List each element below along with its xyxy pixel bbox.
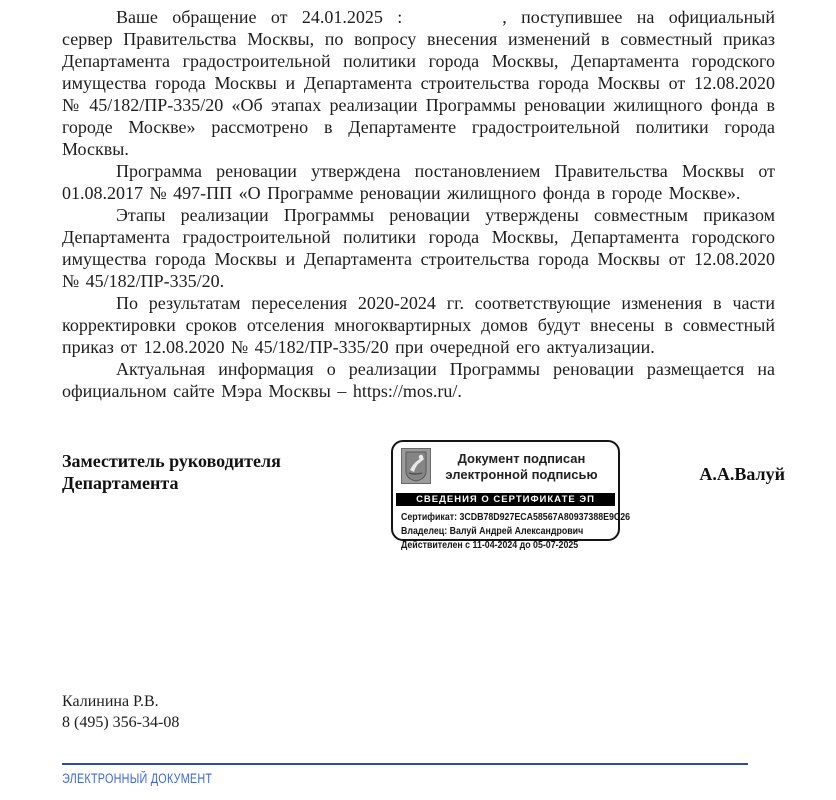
signer-position-line2: Департамента	[62, 472, 281, 494]
electronic-signature-stamp: Документ подписан электронной подписью С…	[391, 440, 620, 541]
redacted-number-gap	[402, 22, 502, 23]
signer-name: А.А.Валуй	[699, 464, 785, 485]
paragraph-4: По результатам переселения 2020-2024 гг.…	[62, 292, 775, 358]
executor-contact: Калинина Р.В. 8 (495) 356-34-08	[62, 691, 179, 733]
paragraph-1-start: Ваше обращение от 24.01.2025 :	[116, 7, 402, 27]
moscow-coat-of-arms-icon	[401, 448, 431, 489]
paragraph-1: Ваше обращение от 24.01.2025 :, поступив…	[62, 6, 775, 160]
stamp-title-line1: Документ подписан	[431, 451, 612, 467]
certificate-details: Сертификат: 3CDB78D927ECA58567A80937388E…	[393, 506, 618, 552]
stamp-header: Документ подписан электронной подписью	[393, 442, 618, 489]
signer-position: Заместитель руководителя Департамента	[62, 450, 281, 494]
executor-name: Калинина Р.В.	[62, 691, 179, 712]
certificate-owner: Владелец: Валуй Андрей Александрович	[401, 524, 583, 538]
executor-phone: 8 (495) 356-34-08	[62, 712, 179, 733]
paragraph-3: Этапы реализации Программы реновации утв…	[62, 204, 775, 292]
electronic-document-label: ЭЛЕКТРОННЫЙ ДОКУМЕНТ	[62, 771, 212, 786]
footer-divider	[62, 763, 748, 765]
stamp-title: Документ подписан электронной подписью	[431, 448, 612, 483]
certificate-number: Сертификат: 3CDB78D927ECA58567A80937388E…	[401, 510, 583, 524]
paragraph-5: Актуальная информация о реализации Прогр…	[62, 358, 775, 402]
signer-position-line1: Заместитель руководителя	[62, 450, 281, 472]
paragraph-1-rest: , поступившее на официальный сервер Прав…	[62, 7, 775, 159]
certificate-validity: Действителен с 11-04-2024 до 05-07-2025	[401, 538, 583, 552]
certificate-info-bar: СВЕДЕНИЯ О СЕРТИФИКАТЕ ЭП	[396, 493, 615, 506]
paragraph-2: Программа реновации утверждена постановл…	[62, 160, 775, 204]
stamp-title-line2: электронной подписью	[431, 467, 612, 483]
letter-page: Ваше обращение от 24.01.2025 :, поступив…	[0, 0, 836, 800]
letter-body: Ваше обращение от 24.01.2025 :, поступив…	[62, 6, 775, 402]
